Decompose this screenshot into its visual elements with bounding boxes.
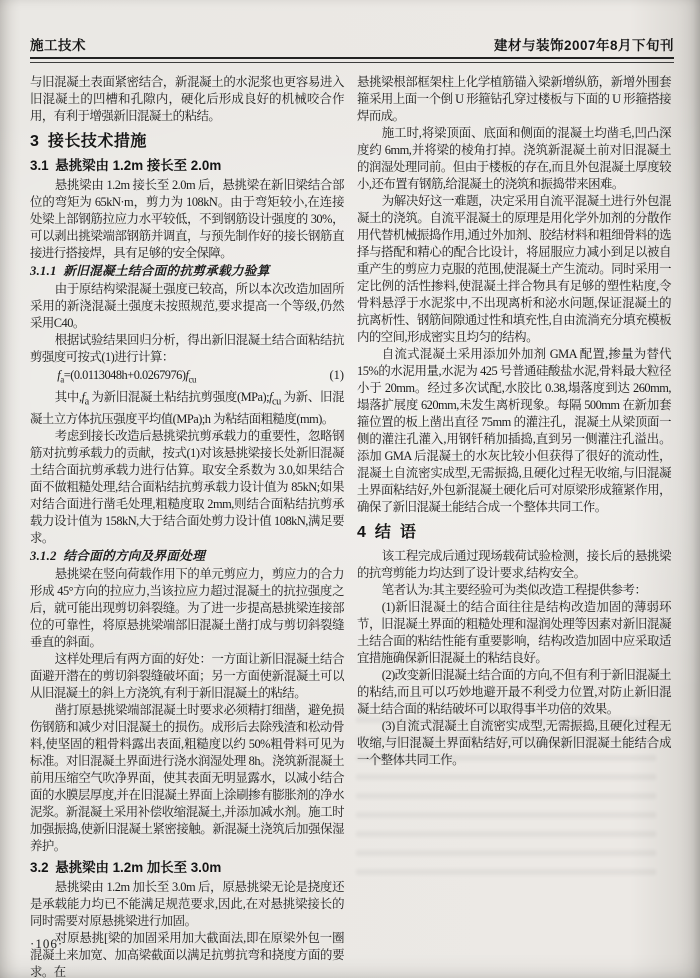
section-3-2-heading: 3.2 悬挑梁由 1.2m 加长至 3.0m [30, 859, 344, 876]
paragraph: 对原悬挑[梁的加固采用加大截面法,即在原梁外包一圈混凝土来加宽、加高梁截面以满足… [30, 930, 344, 978]
paragraph: 凿打原悬挑梁端部混凝土时要求必须精打细凿，避免损伤钢筋和减少对旧混凝土的损伤。成… [30, 702, 344, 855]
continuation-paragraph: 悬挑梁根部框架柱上化学植筋锚入梁新增纵筋，新增外围套箍采用上面一个倒 U 形箍钻… [357, 74, 671, 125]
section-4-heading: 4 结 语 [357, 524, 671, 541]
paragraph: 为解决好这一难题，决定采用自流平混凝土进行外包混凝土的浇筑。自流平混凝土的原理是… [357, 193, 671, 346]
paragraph: 由于原结构梁混凝土强度已较高，所以本次改造加固所采用的新浇混凝土强度未按照规范,… [30, 281, 344, 332]
paragraph: 考虑到接长改造后悬挑梁抗剪承载力的重要性，忽略钢筋对抗剪承载力的贡献，按式(1)… [30, 428, 344, 547]
article-columns: 与旧混凝土表面紧密结合，新混凝土的水泥浆也更容易进入旧混凝土的凹槽和孔隙内，硬化… [30, 74, 674, 978]
section-3-1-1-heading: 3.1.1 新旧混凝土结合面的抗剪承载力验算 [30, 263, 344, 280]
paragraph: 施工时,将梁顶面、底面和侧面的混凝土均凿毛,凹凸深度约 6mm,并将梁的棱角打掉… [357, 125, 671, 193]
formula: fa=(0.0113048h+0.0267976)fcu [57, 367, 196, 388]
paragraph: (3)自流式混凝土自流密实成型,无需振捣,且硬化过程无收缩,与旧混凝土界面粘结好… [357, 718, 671, 769]
paragraph: 悬挑梁由 1.2m 接长至 2.0m 后，悬挑梁在新旧梁结合部位的弯矩为 65k… [30, 177, 344, 262]
header-section-title: 施工技术 [30, 34, 86, 54]
paragraph: 其中,fa 为新旧混凝土粘结抗剪强度(MPa);fcu 为新、旧混凝土立方体抗压… [30, 389, 344, 427]
paragraph: 悬挑梁由 1.2m 加长至 3.0m 后，原悬挑梁无论是挠度还是承载能力均已不能… [30, 879, 344, 930]
paragraph: 悬挑梁在竖向荷载作用下的单元剪应力，剪应力的合力形成 45°方向的拉应力,当该拉… [30, 566, 344, 651]
paragraph: 该工程完成后通过现场载荷试验检测，接长后的悬挑梁的抗弯剪能力均达到了设计要求,结… [357, 548, 671, 582]
header-issue-title: 建材与装饰2007年8月下旬刊 [494, 34, 674, 54]
scanned-journal-page: 施工技术 建材与装饰2007年8月下旬刊 与旧混凝土表面紧密结合，新混凝土的水泥… [0, 0, 700, 978]
intro-paragraph: 与旧混凝土表面紧密结合，新混凝土的水泥浆也更容易进入旧混凝土的凹槽和孔隙内，硬化… [30, 74, 344, 125]
header-rule [30, 57, 674, 63]
paragraph: 自流式混凝土采用添加外加剂 GMA 配置,掺量为替代 15%的水泥用量,水泥为 … [357, 346, 671, 516]
paragraph: (2)改变新旧混凝土结合面的方向,不但有利于新旧混凝土的粘结,而且可以巧妙地避开… [357, 667, 671, 718]
paragraph: (1)新旧混凝土的结合面往往是结构改造加固的薄弱环节，旧混凝土界面的粗糙处理和湿… [357, 599, 671, 667]
section-3-heading: 3 接长技术措施 [30, 133, 344, 150]
paragraph: 根据试验结果回归分析，得出新旧混凝土结合面粘结抗剪强度可按式(1)进行计算： [30, 332, 344, 366]
journal-header: 施工技术 建材与装饰2007年8月下旬刊 [30, 34, 674, 54]
right-column: 悬挑梁根部框架柱上化学植筋锚入梁新增纵筋，新增外围套箍采用上面一个倒 U 形箍钻… [357, 74, 671, 978]
paragraph: 这样处理后有两方面的好处：一方面让新旧混凝土结合面避开潜在的剪切斜裂缝破坏面；另… [30, 651, 344, 702]
section-3-1-2-heading: 3.1.2 结合面的方向及界面处理 [30, 548, 344, 565]
formula-row: fa=(0.0113048h+0.0267976)fcu (1) [30, 367, 344, 388]
paragraph: 笔者认为:其主要经验可为类似改造工程提供参考： [357, 582, 671, 599]
equation-number: (1) [330, 367, 344, 384]
page-number: ·106· [30, 936, 63, 952]
left-column: 与旧混凝土表面紧密结合，新混凝土的水泥浆也更容易进入旧混凝土的凹槽和孔隙内，硬化… [30, 74, 344, 978]
section-3-1-heading: 3.1 悬挑梁由 1.2m 接长至 2.0m [30, 157, 344, 174]
